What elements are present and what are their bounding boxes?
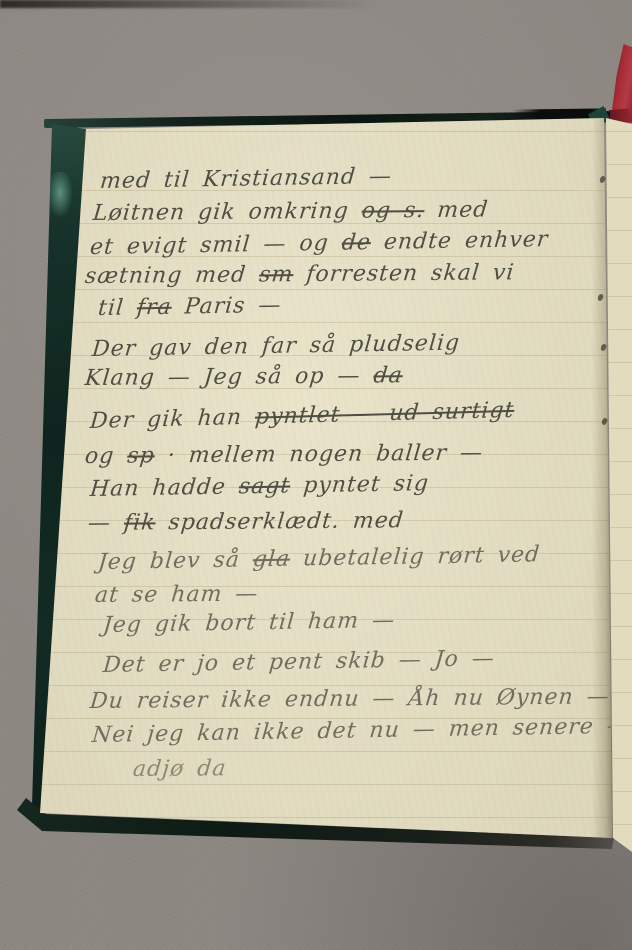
text-segment: Det er jo et pent skib — Jo — [102, 646, 496, 678]
handwritten-line: Det er jo et pent skib — Jo — [102, 645, 496, 680]
handwritten-line: Han hadde sagt pyntet sig [89, 470, 430, 504]
handwritten-line: og sp · mellem nogen baller — [84, 440, 485, 471]
handwritten-line: Løitnen gik omkring og s. med [92, 197, 490, 228]
text-segment: Nei jeg kan ikke det nu — men senere — [91, 714, 631, 748]
handwritten-line: Du reiser ikke endnu — Åh nu Øynen — [89, 683, 611, 716]
text-segment: · mellem nogen baller — [154, 441, 485, 469]
handwriting-block: med til Kristiansand —Løitnen gik omkrin… [0, 0, 632, 950]
text-segment: Jeg blev så [97, 547, 254, 575]
text-segment: Løitnen gik omkring [92, 199, 363, 226]
handwritten-line: Nei jeg kan ikke det nu — men senere — [91, 713, 631, 750]
text-segment: Der gav den far så pludselig [91, 331, 461, 362]
struck-text-segment: fra [136, 295, 173, 321]
text-segment: adjø da [132, 756, 228, 782]
notebook-page: med til Kristiansand —Løitnen gik omkrin… [0, 0, 632, 950]
handwritten-line: Der gik han pyntlet — ud surtigt [89, 397, 516, 436]
struck-text-segment: og s. [361, 198, 426, 224]
handwritten-line: sætning med sm forresten skal vi [84, 259, 516, 291]
struck-text-segment: fik [123, 510, 157, 535]
text-segment: Der gik han [89, 405, 256, 434]
text-segment: Han hadde [89, 474, 240, 502]
text-segment: spadserklædt. med [154, 508, 405, 535]
handwritten-line: — fik spadserklædt. med [87, 507, 406, 538]
handwritten-line: Klang — Jeg så op — da [84, 362, 404, 393]
handwritten-line: adjø da [132, 755, 228, 784]
handwritten-line: med til Kristiansand — [99, 163, 393, 196]
struck-text-segment: sm [258, 262, 295, 287]
handwritten-line: Jeg gik bort til ham — [102, 607, 397, 640]
text-segment: forresten skal vi [292, 260, 515, 287]
text-segment: med til Kristiansand — [99, 164, 393, 194]
struck-text-segment: sagt [238, 473, 292, 499]
handwritten-line: Der gav den far så pludselig [91, 330, 461, 364]
handwritten-line: at se ham — [94, 581, 260, 610]
text-segment: at se ham — [94, 582, 260, 608]
text-segment: et evigt smil — og [89, 231, 343, 260]
text-segment: Klang — Jeg så op — [84, 363, 375, 391]
text-segment: og [84, 444, 129, 469]
text-segment: — [87, 511, 125, 536]
handwritten-line: til fra Paris — [97, 292, 283, 323]
handwritten-line: et evigt smil — og de endte enhver [89, 226, 550, 262]
text-segment: med [423, 198, 489, 224]
text-segment: til [97, 295, 138, 321]
text-segment: ubetalelig rørt ved [289, 542, 541, 571]
struck-text-segment: sp [126, 443, 156, 468]
struck-text-segment: gla [252, 547, 291, 573]
text-segment: pyntet sig [289, 471, 430, 498]
text-segment: Jeg gik bort til ham — [102, 608, 396, 638]
struck-text-segment: pyntlet — ud surtigt [254, 398, 515, 430]
text-segment: Du reiser ikke endnu — Åh nu Øynen — [89, 684, 611, 714]
text-segment: Paris — [171, 293, 283, 320]
notebook-photo-scene: med til Kristiansand —Løitnen gik omkrin… [0, 0, 632, 950]
text-segment: endte enhver [370, 227, 550, 255]
top-edge-shadow [0, 0, 380, 8]
handwritten-line: Jeg blev så gla ubetalelig rørt ved [97, 541, 542, 577]
struck-text-segment: de [341, 230, 372, 256]
struck-text-segment: da [372, 363, 404, 388]
text-segment: sætning med [84, 262, 261, 289]
cover-highlight [47, 172, 73, 218]
